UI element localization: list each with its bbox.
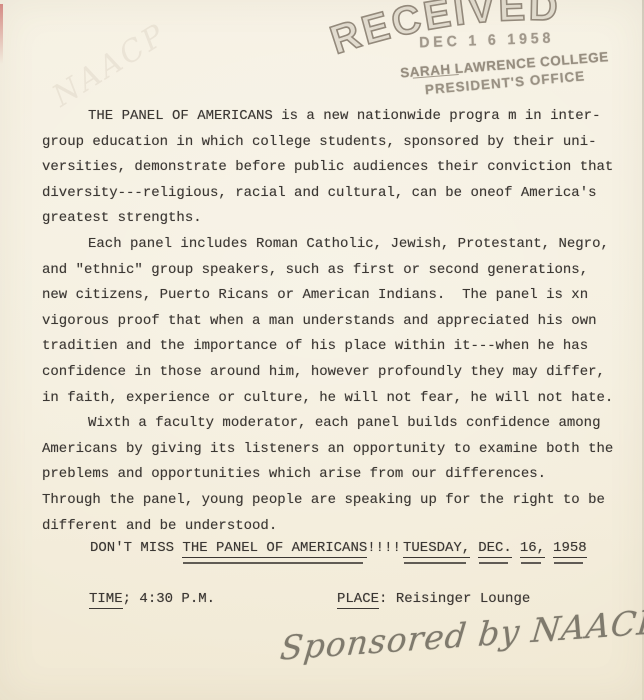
typed-line: Each panel includes Roman Catholic, Jewi… bbox=[42, 232, 634, 258]
scan-edge-red-mark bbox=[0, 4, 3, 64]
typed-line: THE PANEL OF AMERICANS is a new nationwi… bbox=[42, 104, 634, 130]
time-value: ; 4:30 P.M. bbox=[123, 591, 215, 607]
typed-line: in faith, experience or culture, he will… bbox=[42, 386, 634, 412]
announcement-left: DON'T MISS THE PANEL OF AMERICANS!!!! bbox=[90, 540, 401, 558]
time-label: TIME bbox=[89, 591, 123, 609]
typed-body-text: THE PANEL OF AMERICANS is a new nationwi… bbox=[42, 104, 634, 539]
typed-line: Americans by giving its listeners an opp… bbox=[42, 437, 634, 463]
faint-pencil-annotation: NAACP bbox=[46, 17, 173, 114]
typed-line: and "ethnic" group speakers, such as fir… bbox=[42, 258, 634, 284]
announcement-line: DON'T MISS THE PANEL OF AMERICANS!!!! TU… bbox=[0, 540, 644, 570]
typed-line: traditien and the importance of his plac… bbox=[42, 334, 634, 360]
announcement-prefix: DON'T MISS bbox=[90, 540, 182, 556]
typed-line: confidence in those around him, however … bbox=[42, 360, 634, 386]
typed-line: different and be understood. bbox=[42, 514, 634, 540]
announcement-event-title: THE PANEL OF AMERICANS bbox=[182, 540, 367, 558]
typed-line: greatest strengths. bbox=[42, 206, 634, 232]
typed-line: group education in which college student… bbox=[42, 130, 634, 156]
typed-line: vigorous proof that when a man understan… bbox=[42, 309, 634, 335]
typed-line: diversity---religious, racial and cultur… bbox=[42, 181, 634, 207]
typed-line: new citizens, Puerto Ricans or American … bbox=[42, 283, 634, 309]
typed-line: preblems and opportunities which arise f… bbox=[42, 462, 634, 488]
announcement-date-part: 16, bbox=[520, 540, 545, 558]
event-time: TIME; 4:30 P.M. bbox=[89, 591, 215, 607]
announcement-date-part: 1958 bbox=[553, 540, 587, 558]
announcement-date-part: DEC. bbox=[478, 540, 512, 558]
event-place: PLACE: Reisinger Lounge bbox=[337, 591, 530, 607]
typed-line: versities, demonstrate before public aud… bbox=[42, 155, 634, 181]
place-value: : Reisinger Lounge bbox=[379, 591, 530, 607]
received-stamp: RECEIVED DEC 1 6 1958 SARAH LAWRENCE COL… bbox=[326, 0, 644, 113]
announcement-exclamation: !!!! bbox=[367, 540, 401, 556]
typed-line: Wixth a faculty moderator, each panel bu… bbox=[42, 411, 634, 437]
announcement-date: TUESDAY,DEC.16,1958 bbox=[403, 540, 587, 558]
announcement-date-part: TUESDAY, bbox=[403, 540, 470, 558]
place-label: PLACE bbox=[337, 591, 379, 609]
typed-line: Through the panel, young people are spea… bbox=[42, 488, 634, 514]
scanned-document-page: NAACP RECEIVED DEC 1 6 1958 SARAH LAWREN… bbox=[0, 0, 644, 700]
